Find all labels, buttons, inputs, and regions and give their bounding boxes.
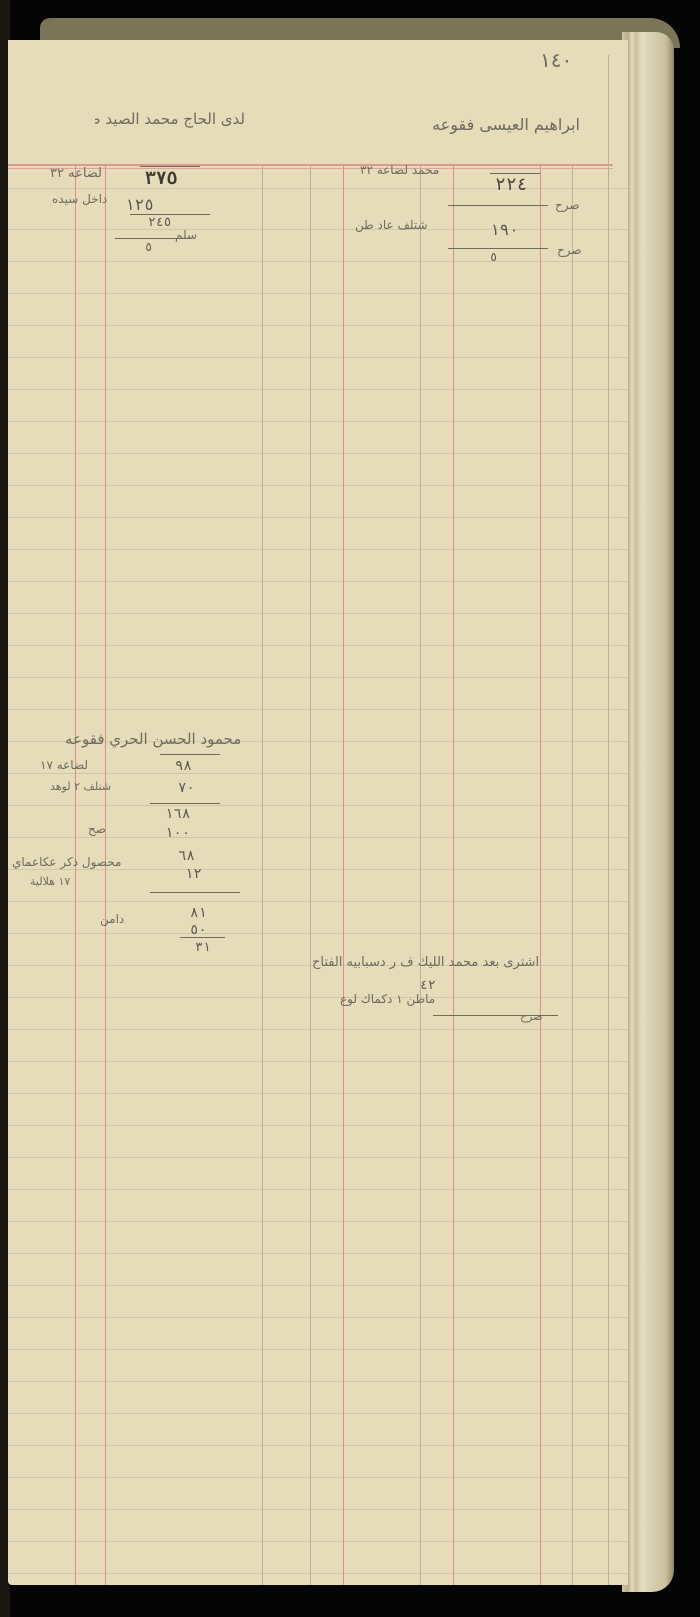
page-edges [622, 32, 674, 1592]
lower-note-value: ٤٢ [420, 978, 436, 993]
column-rule [420, 166, 421, 1585]
right-account-heading: ابراهيم العيسى فقوعه [400, 115, 580, 134]
right-row-value: ٢٢٤ [495, 174, 528, 195]
ledger-page [8, 40, 628, 1585]
middle-row-value: ٥٠ [190, 922, 207, 938]
page-number: ١٤٠ [540, 48, 572, 72]
column-rule [75, 166, 76, 1585]
middle-row-value: ٨١ [190, 905, 207, 921]
left-row-value: ٥ [145, 240, 152, 254]
middle-account-heading: محمود الحسن الحري فقوعه [65, 730, 241, 748]
middle-row-label: ١٧ هلالية [30, 875, 70, 888]
underline [160, 754, 220, 755]
underline [448, 248, 548, 249]
underline [490, 173, 540, 174]
underline [115, 238, 190, 239]
column-rule [343, 166, 344, 1585]
middle-row-label: محصول ذكر عكاعماي [12, 855, 121, 869]
middle-row-value: ١٦٨ [165, 806, 190, 822]
column-rule [572, 166, 573, 1585]
left-account-heading: لدى الحاج محمد الصيد صحه فقرع [95, 110, 245, 128]
right-row-label: محمد لضاعه ٣٢ [360, 163, 439, 177]
middle-row-value: ٦٨ [178, 848, 195, 864]
right-row-label: صرح [557, 243, 582, 257]
column-rule [540, 166, 541, 1585]
underline [140, 166, 200, 167]
left-row-value: ٢٤٥ [148, 215, 171, 230]
margin-rule [608, 55, 609, 1585]
left-row-label: داخل سيده [52, 192, 107, 206]
underline [180, 937, 225, 938]
middle-row-value: ٩٨ [175, 758, 192, 774]
middle-row-value: ٧٠ [178, 780, 195, 796]
lower-note-line3: صرح [520, 1010, 543, 1023]
left-row-label: لضاعه ٣٢ [50, 166, 102, 181]
middle-row-value: ١٢ [185, 866, 202, 882]
lower-note-line1: اشترى بعد محمد الليك ف ر دسبابيه الفتاح [312, 955, 539, 970]
middle-row-label: دامن [100, 912, 124, 926]
underline [448, 205, 548, 206]
column-rule [262, 166, 263, 1585]
lower-note-line2: ماطن ١ دكماك لوع [340, 992, 435, 1006]
middle-row-label: شتلف ٢ لوهد [50, 780, 111, 793]
column-rule [105, 166, 106, 1585]
right-row-label: صرح [555, 198, 580, 212]
underline [150, 803, 220, 804]
middle-row-label: لضاعه ١٧ [40, 758, 88, 772]
middle-row-value: ١٠٠ [165, 825, 190, 841]
page-header-area [8, 40, 628, 166]
middle-row-value: ٣١ [195, 940, 211, 955]
left-row-value: ١٢٥ [125, 195, 154, 214]
column-rule [453, 166, 454, 1585]
right-row-value: ٥ [490, 250, 497, 264]
right-row-value: ١٩٠ [490, 220, 519, 239]
column-rule [310, 166, 311, 1585]
left-row-label: سلم [175, 228, 197, 242]
right-row-label: شتلف عاد طن [355, 218, 428, 232]
left-row-value: ٣٧٥ [145, 168, 178, 189]
underline [150, 892, 240, 893]
middle-row-label: صح [88, 822, 106, 836]
